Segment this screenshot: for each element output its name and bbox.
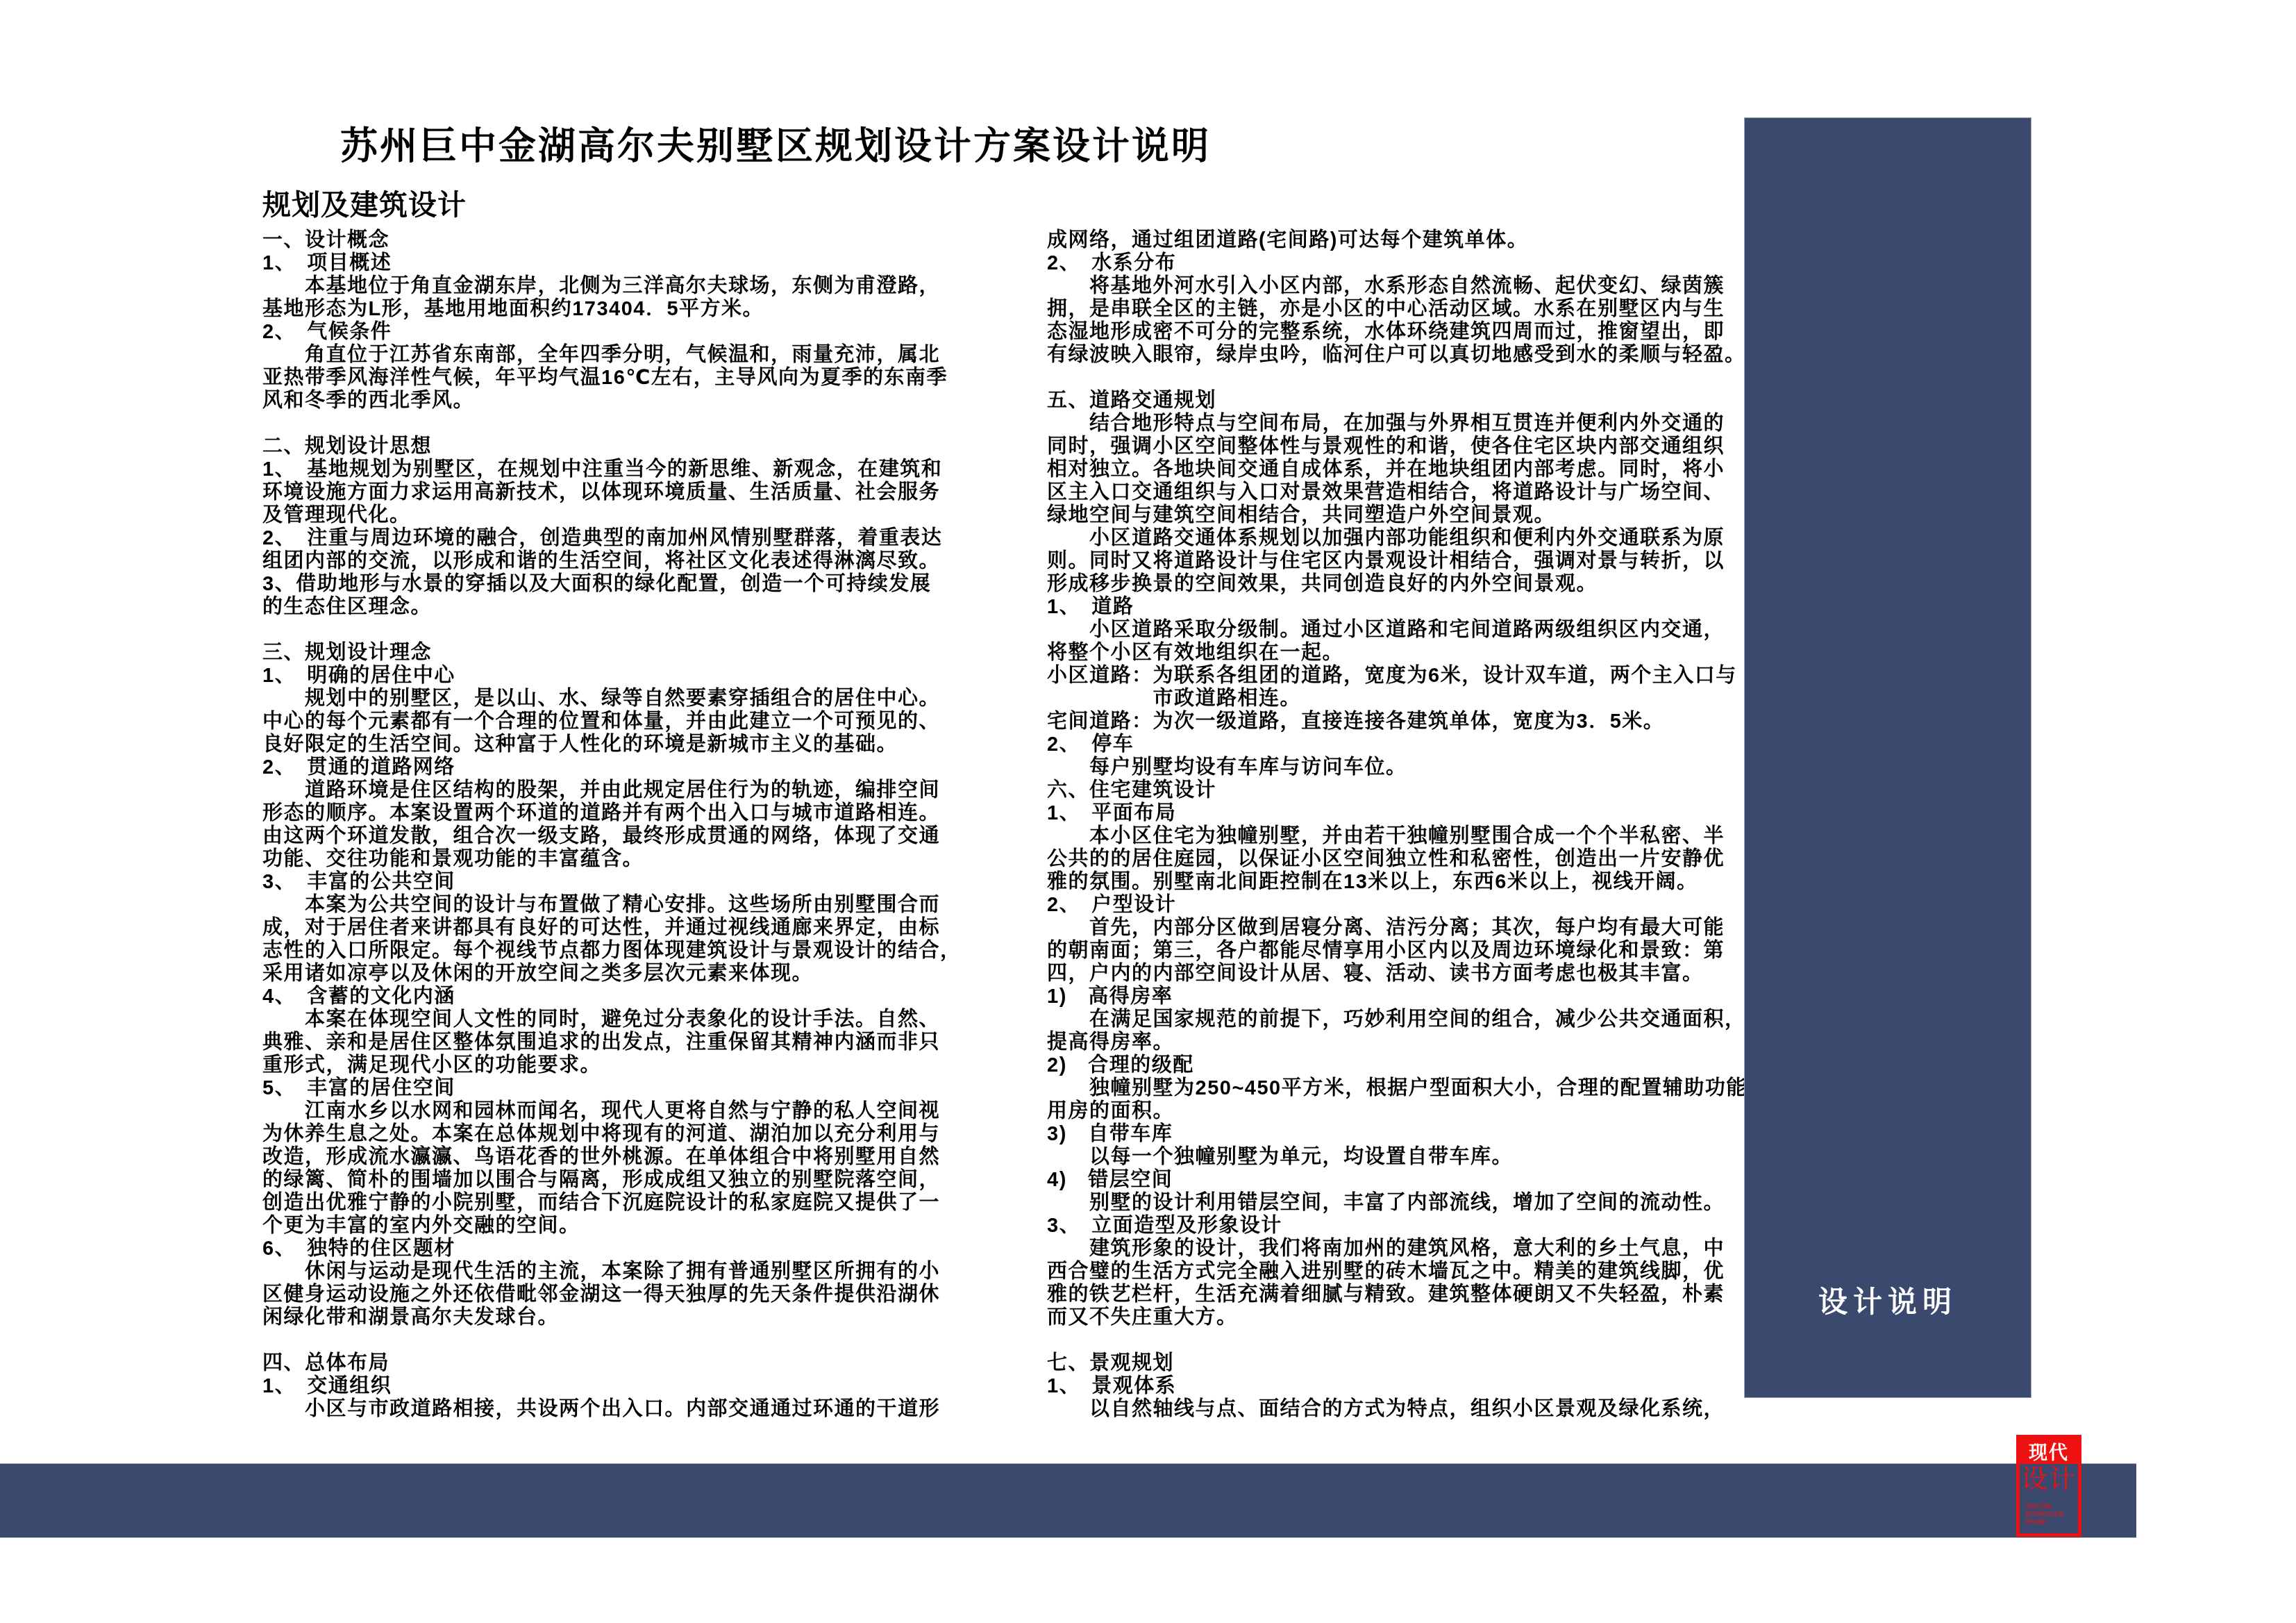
text-line: 2、 停车 xyxy=(1047,733,1741,756)
text-line: 规划中的别墅区，是以山、水、绿等自然要素穿插组合的居住中心。 xyxy=(262,688,957,710)
text-line: 志性的入口所限定。每个视线节点都力图体现建筑设计与景观设计的结合， xyxy=(262,940,957,963)
text-line: 每户别墅均设有车库与访问车位。 xyxy=(1047,756,1741,779)
text-line: 3、 立面造型及形象设计 xyxy=(1047,1215,1741,1238)
text-line: 别墅的设计利用错层空间，丰富了内部流线，增加了空间的流动性。 xyxy=(1047,1192,1741,1215)
text-line: 1、 项目概述 xyxy=(262,252,957,275)
text-line: 以每一个独幢别墅为单元，均设置自带车库。 xyxy=(1047,1146,1741,1169)
company-logo: 现代 设计 Xian DaiArchitecturalDesign xyxy=(2016,1435,2081,1537)
text-line: 六、住宅建筑设计 xyxy=(1047,779,1741,802)
text-line: 三、规划设计理念 xyxy=(262,642,957,665)
text-line: 3) 自带车库 xyxy=(1047,1123,1741,1146)
text-line: 重形式，满足现代小区的功能要求。 xyxy=(262,1054,957,1077)
text-line: 的朝南面；第三，各户都能尽情享用小区内以及周边环境绿化和景致：第 xyxy=(1047,940,1741,963)
text-line: 一、设计概念 xyxy=(262,229,957,252)
text-line: 2、 户型设计 xyxy=(1047,894,1741,917)
text-line: 区健身运动设施之外还依借毗邻金湖这一得天独厚的先天条件提供沿湖休 xyxy=(262,1283,957,1306)
text-line: 用房的面积。 xyxy=(1047,1100,1741,1123)
text-line: 江南水乡以水网和园林而闻名，现代人更将自然与宁静的私人空间视 xyxy=(262,1100,957,1123)
text-line: 2、 注重与周边环境的融合，创造典型的南加州风情别墅群落，着重表达 xyxy=(262,527,957,550)
text-line: 2、 气候条件 xyxy=(262,321,957,344)
text-line: 市政道路相连。 xyxy=(1047,688,1741,710)
text-line: 1、 道路 xyxy=(1047,596,1741,619)
text-line: 本案为公共空间的设计与布置做了精心安排。这些场所由别墅围合而 xyxy=(262,894,957,917)
text-line: 2、 水系分布 xyxy=(1047,252,1741,275)
text-line: 2) 合理的级配 xyxy=(1047,1054,1741,1077)
text-line: 环境设施方面力求运用高新技术，以体现环境质量、生活质量、社会服务 xyxy=(262,481,957,504)
text-line: 拥，是串联全区的主链，亦是小区的中心活动区域。水系在别墅区内与生 xyxy=(1047,298,1741,321)
text-line: 休闲与运动是现代生活的主流，本案除了拥有普通别墅区所拥有的小 xyxy=(262,1260,957,1283)
logo-middle-text: 设计 xyxy=(2020,1465,2078,1493)
text-line: 闲绿化带和湖景高尔夫发球台。 xyxy=(262,1306,957,1329)
section-heading: 规划及建筑设计 xyxy=(262,182,467,223)
text-line: 1、 明确的居住中心 xyxy=(262,665,957,688)
text-line: 五、道路交通规划 xyxy=(1047,390,1741,413)
text-line: 雅的铁艺栏杆，生活充满着细腻与精致。建筑整体硬朗又不失轻盈，朴素 xyxy=(1047,1283,1741,1306)
text-line xyxy=(1047,367,1741,390)
text-line: 的绿篱、简朴的围墙加以围合与隔离，形成成组又独立的别墅院落空间， xyxy=(262,1169,957,1192)
text-line: 区主入口交通组织与入口对景效果营造相结合，将道路设计与广场空间、 xyxy=(1047,481,1741,504)
logo-subtext: Xian DaiArchitecturalDesign xyxy=(2020,1503,2078,1526)
text-line: 形态的顺序。本案设置两个环道的道路并有两个出入口与城市道路相连。 xyxy=(262,802,957,825)
side-panel-label: 设计说明 xyxy=(1745,1279,2031,1321)
text-line: 由这两个环道发散，组合次一级支路，最终形成贯通的网络，体现了交通 xyxy=(262,825,957,848)
text-line: 角直位于江苏省东南部，全年四季分明，气候温和，雨量充沛，属北 xyxy=(262,344,957,367)
text-line: 将整个小区有效地组织在一起。 xyxy=(1047,642,1741,665)
text-line: 6、 独特的住区题材 xyxy=(262,1238,957,1260)
text-line: 4、 含蓄的文化内涵 xyxy=(262,985,957,1008)
text-line: 建筑形象的设计，我们将南加州的建筑风格，意大利的乡土气息，中 xyxy=(1047,1238,1741,1260)
page-title: 苏州巨中金湖高尔夫别墅区规划设计方案设计说明 xyxy=(340,117,1211,170)
left-text-column: 一、设计概念1、 项目概述 本基地位于角直金湖东岸，北侧为三洋高尔夫球场，东侧为… xyxy=(262,229,957,1421)
text-line: 独幢别墅为250~450平方米，根据户型面积大小，合理的配置辅助功能 xyxy=(1047,1077,1741,1100)
text-line: 西合璧的生活方式完全融入进别墅的砖木墙瓦之中。精美的建筑线脚，优 xyxy=(1047,1260,1741,1283)
text-line: 的生态住区理念。 xyxy=(262,596,957,619)
text-line: 1、 交通组织 xyxy=(262,1375,957,1398)
text-line: 良好限定的生活空间。这种富于人性化的环境是新城市主义的基础。 xyxy=(262,733,957,756)
text-line: 将基地外河水引入小区内部，水系形态自然流畅、起伏变幻、绿茵簇 xyxy=(1047,275,1741,298)
text-line: 本小区住宅为独幢别墅，并由若干独幢别墅围合成一个个半私密、半 xyxy=(1047,825,1741,848)
text-line: 组团内部的交流，以形成和谐的生活空间，将社区文化表述得淋漓尽致。 xyxy=(262,550,957,573)
text-line: 本案在体现空间人文性的同时，避免过分表象化的设计手法。自然、 xyxy=(262,1008,957,1031)
text-line: 绿地空间与建筑空间相结合，共同塑造户外空间景观。 xyxy=(1047,504,1741,527)
text-line: 中心的每个元素都有一个合理的位置和体量，并由此建立一个可预见的、 xyxy=(262,710,957,733)
text-line: 1) 高得房率 xyxy=(1047,985,1741,1008)
right-text-column: 成网络，通过组团道路(宅间路)可达每个建筑单体。2、 水系分布 将基地外河水引入… xyxy=(1047,229,1741,1421)
text-line: 采用诸如凉亭以及休闲的开放空间之类多层次元素来体现。 xyxy=(262,963,957,985)
text-line: 基地形态为L形，基地用地面积约173404．5平方米。 xyxy=(262,298,957,321)
text-line: 1、 平面布局 xyxy=(1047,802,1741,825)
text-line: 而又不失庄重大方。 xyxy=(1047,1306,1741,1329)
text-line: 2、 贯通的道路网络 xyxy=(262,756,957,779)
text-line xyxy=(1047,1329,1741,1352)
text-line: 3、 丰富的公共空间 xyxy=(262,871,957,894)
text-line xyxy=(262,1329,957,1352)
text-line: 形成移步换景的空间效果，共同创造良好的内外空间景观。 xyxy=(1047,573,1741,596)
text-line: 典雅、亲和是居住区整体氛围追求的出发点，注重保留其精神内涵而非只 xyxy=(262,1031,957,1054)
text-line: 成，对于居住者来讲都具有良好的可达性，并通过视线通廊来界定，由标 xyxy=(262,917,957,940)
text-line: 四、总体布局 xyxy=(262,1352,957,1375)
text-line: 1、 景观体系 xyxy=(1047,1375,1741,1398)
text-line: 二、规划设计思想 xyxy=(262,435,957,458)
text-line: 首先，内部分区做到居寝分离、洁污分离；其次，每户均有最大可能 xyxy=(1047,917,1741,940)
logo-top-text: 现代 xyxy=(2020,1438,2078,1464)
text-line: 雅的氛围。别墅南北间距控制在13米以上，东西6米以上，视线开阔。 xyxy=(1047,871,1741,894)
side-panel: 设计说明 xyxy=(1744,117,2031,1398)
text-line: 创造出优雅宁静的小院别墅，而结合下沉庭院设计的私家庭院又提供了一 xyxy=(262,1192,957,1215)
text-line xyxy=(262,413,957,435)
text-line: 改造，形成流水瀛瀛、鸟语花香的世外桃源。在单体组合中将别墅用自然 xyxy=(262,1146,957,1169)
text-line: 有绿波映入眼帘，绿岸虫吟，临河住户可以真切地感受到水的柔顺与轻盈。 xyxy=(1047,344,1741,367)
text-line: 4) 错层空间 xyxy=(1047,1169,1741,1192)
text-line: 态湿地形成密不可分的完整系统，水体环绕建筑四周而过，推窗望出，即 xyxy=(1047,321,1741,344)
text-line: 宅间道路：为次一级道路，直接连接各建筑单体，宽度为3．5米。 xyxy=(1047,710,1741,733)
text-line: 以自然轴线与点、面结合的方式为特点，组织小区景观及绿化系统， xyxy=(1047,1398,1741,1421)
text-line: 七、景观规划 xyxy=(1047,1352,1741,1375)
text-line: 小区道路：为联系各组团的道路，宽度为6米，设计双车道，两个主入口与 xyxy=(1047,665,1741,688)
text-line: 同时，强调小区空间整体性与景观性的和谐，使各住宅区块内部交通组织 xyxy=(1047,435,1741,458)
text-line: Design xyxy=(2025,1518,2078,1526)
text-line: 相对独立。各地块间交通自成体系，并在地块组团内部考虑。同时，将小 xyxy=(1047,458,1741,481)
text-line: 结合地形特点与空间布局，在加强与外界相互贯连并便利内外交通的 xyxy=(1047,413,1741,435)
text-line: 小区与市政道路相接，共设两个出入口。内部交通通过环通的干道形 xyxy=(262,1398,957,1421)
text-line: Xian Dai xyxy=(2025,1503,2078,1510)
text-line: 功能、交往功能和景观功能的丰富蕴含。 xyxy=(262,848,957,871)
text-line: 成网络，通过组团道路(宅间路)可达每个建筑单体。 xyxy=(1047,229,1741,252)
text-line: 道路环境是住区结构的股架，并由此规定居住行为的轨迹，编排空间 xyxy=(262,779,957,802)
text-line: 则。同时又将道路设计与住宅区内景观设计相结合，强调对景与转折，以 xyxy=(1047,550,1741,573)
text-line: Architectural xyxy=(2025,1510,2078,1518)
text-line: 风和冬季的西北季风。 xyxy=(262,390,957,413)
text-line: 及管理现代化。 xyxy=(262,504,957,527)
text-line: 个更为丰富的室内外交融的空间。 xyxy=(262,1215,957,1238)
design-description-board: 苏州巨中金湖高尔夫别墅区规划设计方案设计说明 规划及建筑设计 一、设计概念1、 … xyxy=(0,0,2296,1623)
text-line: 提高得房率。 xyxy=(1047,1031,1741,1054)
text-line: 在满足国家规范的前提下，巧妙利用空间的组合，减少公共交通面积， xyxy=(1047,1008,1741,1031)
text-line: 公共的的居住庭园，以保证小区空间独立性和私密性，创造出一片安静优 xyxy=(1047,848,1741,871)
text-line: 为休养生息之处。本案在总体规划中将现有的河道、湖泊加以充分利用与 xyxy=(262,1123,957,1146)
text-line: 四，户内的内部空间设计从居、寝、活动、读书方面考虑也极其丰富。 xyxy=(1047,963,1741,985)
text-line: 5、 丰富的居住空间 xyxy=(262,1077,957,1100)
bottom-bar xyxy=(0,1463,2136,1538)
text-line: 小区道路交通体系规划以加强内部功能组织和便利内外交通联系为原 xyxy=(1047,527,1741,550)
text-line: 3、借助地形与水景的穿插以及大面积的绿化配置，创造一个可持续发展 xyxy=(262,573,957,596)
text-line: 本基地位于角直金湖东岸，北侧为三洋高尔夫球场，东侧为甫澄路， xyxy=(262,275,957,298)
text-line xyxy=(262,619,957,642)
text-line: 小区道路采取分级制。通过小区道路和宅间道路两级组织区内交通， xyxy=(1047,619,1741,642)
text-line: 1、 基地规划为别墅区，在规划中注重当今的新思维、新观念，在建筑和 xyxy=(262,458,957,481)
text-line: 亚热带季风海洋性气候，年平均气温16℃左右，主导风向为夏季的东南季 xyxy=(262,367,957,390)
